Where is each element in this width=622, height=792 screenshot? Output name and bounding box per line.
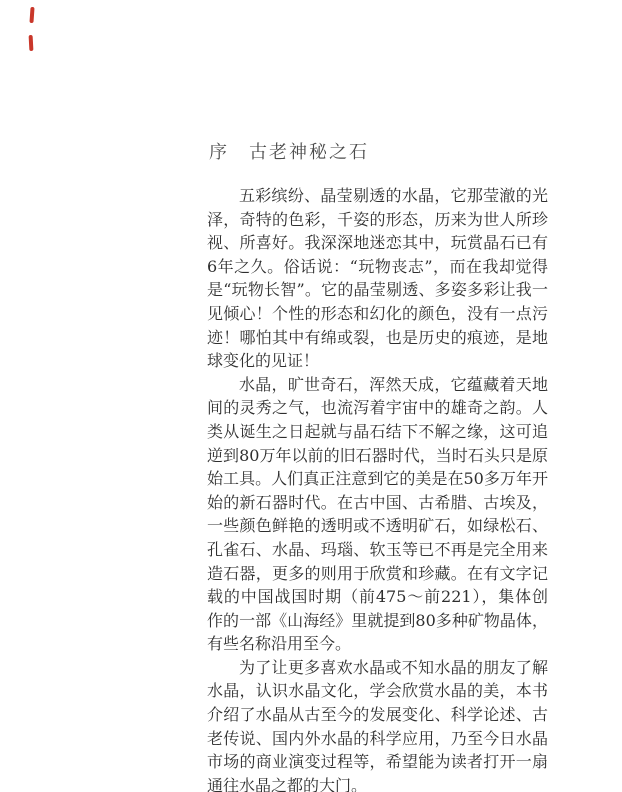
paragraph-3: 为了让更多喜欢水晶或不知水晶的朋友了解水晶，认识水晶文化，学会欣赏水晶的美，本书… bbox=[207, 656, 548, 792]
chapter-title: 序 古老神秘之石 bbox=[209, 138, 369, 164]
paragraph-1: 五彩缤纷、晶莹剔透的水晶，它那莹澈的光泽，奇特的色彩，千姿的形态，历来为世人所珍… bbox=[207, 184, 548, 373]
red-pen-mark-top bbox=[29, 7, 34, 23]
text-block: 五彩缤纷、晶莹剔透的水晶，它那莹澈的光泽，奇特的色彩，千姿的形态，历来为世人所珍… bbox=[207, 184, 548, 792]
red-pen-mark-bottom bbox=[29, 35, 34, 51]
red-pen-mark-icon bbox=[27, 5, 41, 55]
book-page: 序 古老神秘之石 五彩缤纷、晶莹剔透的水晶，它那莹澈的光泽，奇特的色彩，千姿的形… bbox=[0, 0, 622, 792]
paragraph-2: 水晶，旷世奇石，浑然天成，它蕴藏着天地间的灵秀之气，也流泻着宇宙中的雄奇之韵。人… bbox=[207, 373, 548, 656]
